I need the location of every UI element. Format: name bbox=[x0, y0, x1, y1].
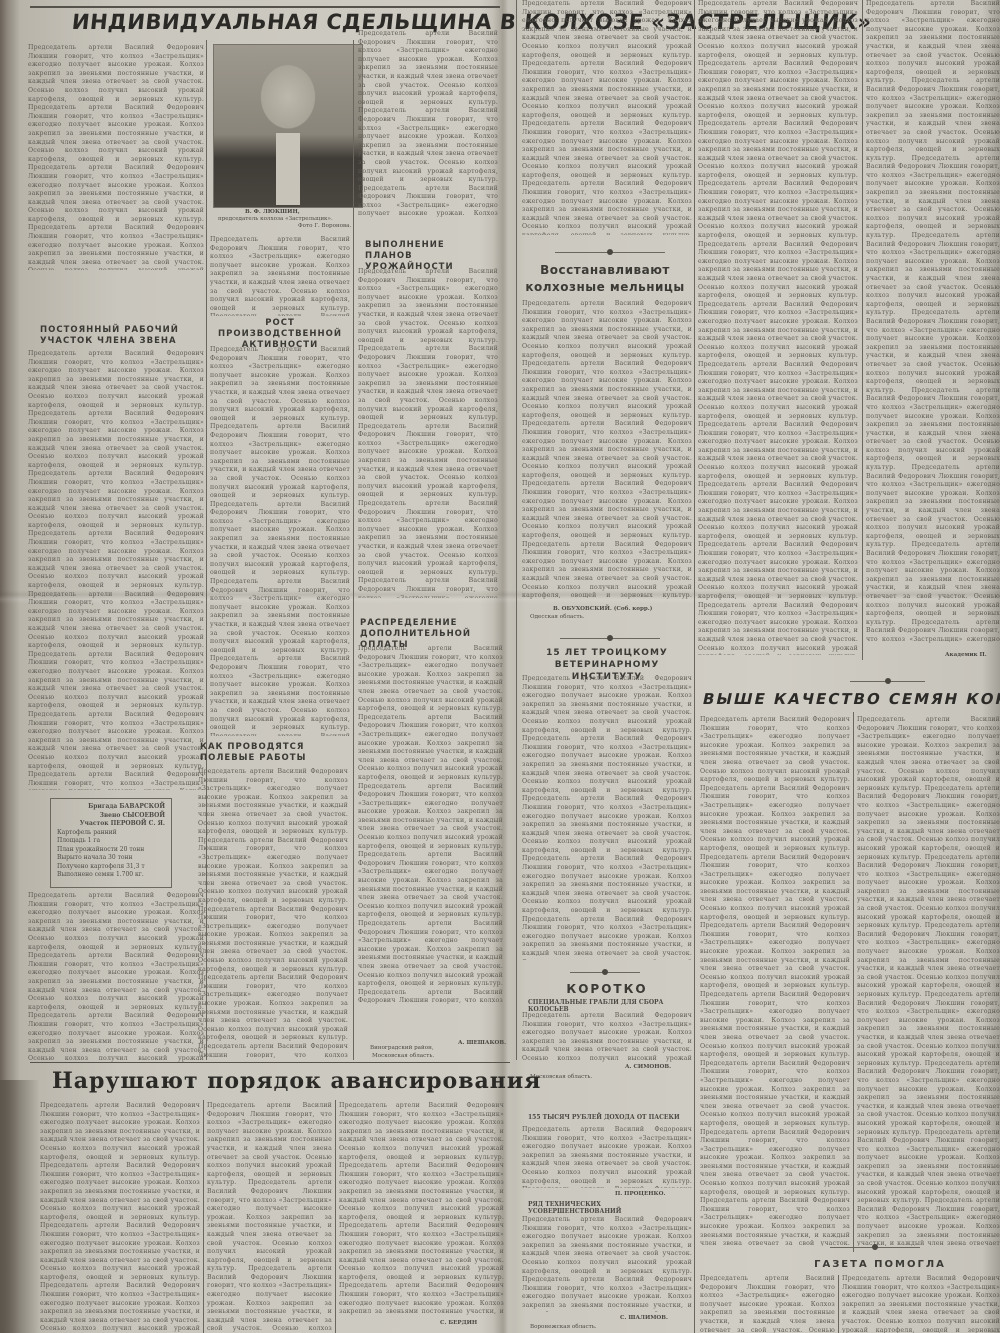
article-kok-2: Председатель артели Василий Федорович Лю… bbox=[857, 716, 1000, 1246]
ornament-divider bbox=[830, 1247, 920, 1248]
article-col5: Председатель артели Василий Федорович Лю… bbox=[698, 0, 858, 655]
photo-caption-name: В. Ф. ЛЮКШИН, bbox=[245, 209, 300, 215]
article-col4: Председатель артели Василий Федорович Лю… bbox=[522, 0, 692, 235]
photo-credit: Фото Г. Воронова. bbox=[298, 223, 351, 229]
box-line: Вырыто начала 30 тонн bbox=[57, 854, 165, 863]
signature-advance: С. БЕРДИН bbox=[440, 1320, 477, 1326]
briefly-item-apiary: 155 ТЫСЯЧ РУБЛЕЙ ДОХОДА ОТ ПАСЕКИ bbox=[528, 1114, 688, 1121]
signature-region: Московская область. bbox=[372, 1053, 434, 1059]
column-divider bbox=[516, 0, 517, 1060]
heading-kok-saghyz: ВЫШЕ КАЧЕСТВО СЕМЯН КОК-САГЫЗА bbox=[701, 690, 1000, 708]
briefly-item-tech: РЯД ТЕХНИЧЕСКИХ УСОВЕРШЕНСТВОВАНИЙ bbox=[528, 1201, 688, 1215]
column-divider bbox=[203, 1100, 204, 1333]
box-line: Получено картофеля 31,3 т bbox=[57, 863, 165, 872]
page-edge-shadow bbox=[982, 0, 1000, 1333]
signature-tech-region: Воронежская область. bbox=[530, 1324, 597, 1330]
heading-field-work: КАК ПРОВОДЯТСЯ ПОЛЕВЫЕ РАБОТЫ bbox=[200, 742, 340, 764]
article-col2-bottom: Председатель артели Василий Федорович Лю… bbox=[198, 768, 348, 1058]
heading-newspaper-helped: ГАЗЕТА ПОМОГЛА bbox=[760, 1258, 1000, 1272]
article-helped-1: Председатель артели Василий Федорович Лю… bbox=[700, 1275, 835, 1333]
signature-mills: В. ОБУХОВСКИЙ. (Соб. корр.) bbox=[553, 606, 652, 612]
article-advance-3: Председатель артели Василий Федорович Лю… bbox=[339, 1102, 504, 1317]
heading-permanent-plot: ПОСТОЯННЫЙ РАБОЧИЙ УЧАСТОК ЧЛЕНА ЗВЕНА bbox=[40, 325, 180, 347]
signature-apiary: П. ПРОЦЕНКО. bbox=[615, 1191, 665, 1197]
heading-text: ПОСТОЯННЫЙ РАБОЧИЙ УЧАСТОК ЧЛЕНА ЗВЕНА bbox=[40, 325, 180, 347]
article-col3-bottom: Председатель артели Василий Федорович Лю… bbox=[358, 645, 503, 1005]
article-col3: Председатель артели Василий Федорович Лю… bbox=[358, 30, 498, 220]
article-helped-2: Председатель артели Василий Федорович Лю… bbox=[842, 1275, 1000, 1333]
heading-briefly: КОРОТКО bbox=[522, 982, 692, 996]
column-divider bbox=[694, 0, 695, 1333]
article-col1-bottom: Председатель артели Василий Федорович Лю… bbox=[28, 892, 204, 1062]
article-intro: Председатель артели Василий Федорович Лю… bbox=[28, 44, 204, 270]
article-advance-1: Председатель артели Василий Федорович Лю… bbox=[40, 1102, 200, 1333]
box-line: Картофель ранний bbox=[57, 829, 165, 838]
column-divider bbox=[862, 0, 863, 660]
article-apiary: Председатель артели Василий Федорович Лю… bbox=[522, 1126, 692, 1188]
signature-extra-pay: А. ШЕШАКОВ. bbox=[458, 1040, 506, 1046]
photo-caption-role: председатель колхоза «Застрельщик». bbox=[218, 216, 333, 222]
box-line: Выполнено семян 1.700 кг. bbox=[57, 871, 165, 880]
signature-kok-top: Академик П. bbox=[945, 652, 987, 658]
signature-rakes: А. СИМОНОВ. bbox=[625, 1064, 671, 1070]
signature-mills-region: Одесская область. bbox=[530, 614, 584, 620]
article-col3-body: Председатель артели Василий Федорович Лю… bbox=[358, 268, 498, 598]
heading-mills: Восстанавливают колхозные мельницы bbox=[520, 262, 690, 296]
article-col1: Председатель артели Василий Федорович Лю… bbox=[28, 350, 204, 790]
column-divider bbox=[853, 712, 854, 1252]
portrait-photo bbox=[213, 44, 363, 208]
box-line: План урожайности 20 тонн bbox=[57, 846, 165, 855]
article-col2: Председатель артели Василий Федорович Лю… bbox=[210, 236, 350, 316]
box-line: Бригада БАВАРСКОЙ bbox=[57, 803, 165, 812]
article-col2-body: Председатель артели Василий Федорович Лю… bbox=[210, 346, 350, 736]
ornament-divider bbox=[555, 252, 665, 253]
ornament-divider bbox=[570, 972, 640, 973]
box-line: Участок ПЕРОВОЙ С. Я. bbox=[57, 820, 165, 829]
article-advance-2: Председатель артели Василий Федорович Лю… bbox=[207, 1102, 332, 1333]
box-line: Площадь 1 га bbox=[57, 837, 165, 846]
column-divider bbox=[353, 40, 354, 1060]
article-tech: Председатель артели Василий Федорович Лю… bbox=[522, 1216, 692, 1312]
article-rakes: Председатель артели Василий Федорович Лю… bbox=[522, 1012, 692, 1062]
top-rule bbox=[30, 6, 500, 8]
article-col6: Председатель артели Василий Федорович Лю… bbox=[866, 0, 1000, 645]
article-vet: Председатель артели Василий Федорович Лю… bbox=[522, 675, 692, 960]
article-kok-1: Председатель артели Василий Федорович Лю… bbox=[700, 716, 850, 1246]
column-divider bbox=[335, 1100, 336, 1333]
column-divider bbox=[838, 1275, 839, 1333]
info-box: Бригада БАВАРСКОЙ Звено СЫСОЕВОЙ Участок… bbox=[50, 798, 172, 888]
photo-shirt bbox=[276, 133, 300, 205]
box-line: Звено СЫСОЕВОЙ bbox=[57, 812, 165, 821]
heading-advance-order: Нарушают порядок авансирования bbox=[52, 1068, 541, 1094]
briefly-item-rakes: СПЕЦИАЛЬНЫЕ ГРАБЛИ ДЛЯ СБОРА КОЛОСЬЕВ bbox=[528, 999, 688, 1013]
ornament-divider bbox=[560, 638, 660, 639]
bottom-rule bbox=[30, 1062, 510, 1063]
article-mills: Председатель артели Василий Федорович Лю… bbox=[522, 300, 692, 600]
signature-tech: С. ШАЛИМОВ. bbox=[620, 1315, 668, 1321]
ornament-divider bbox=[850, 681, 925, 682]
signature-region: Виноградский район, bbox=[370, 1045, 434, 1051]
background-surface bbox=[0, 1080, 40, 1333]
